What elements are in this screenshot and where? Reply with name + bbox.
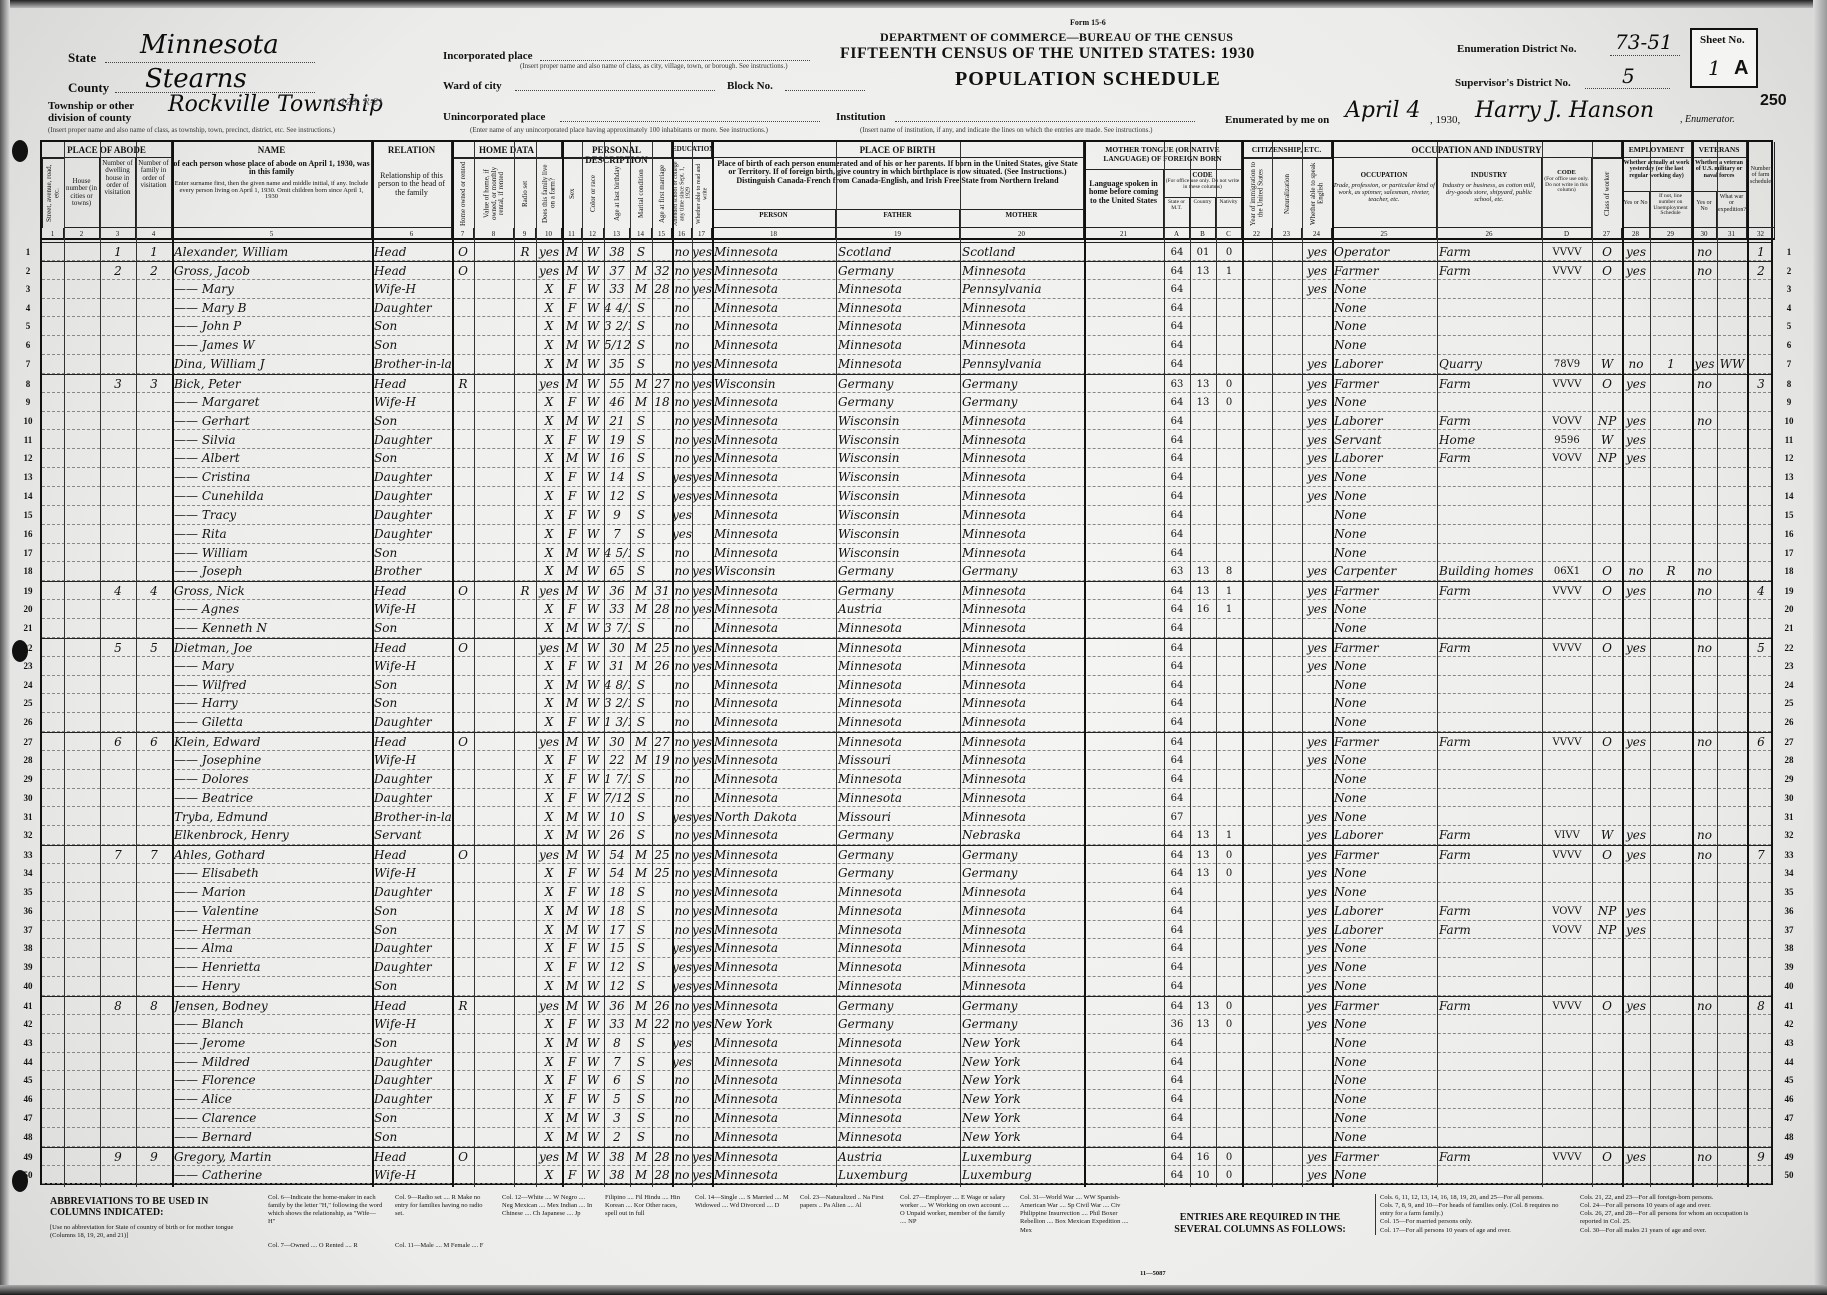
- cell-rw: yes: [692, 921, 712, 939]
- cell-vet: [1692, 317, 1717, 335]
- cell-rw: [692, 336, 712, 354]
- cell-cA: 64: [1164, 431, 1190, 449]
- col-naturalization: Naturalization: [1272, 158, 1302, 228]
- col-name-desc: of each person whose place of abode on A…: [173, 160, 370, 177]
- cell-sch: no: [672, 1071, 692, 1089]
- cell-age: 26: [604, 826, 630, 844]
- cell-agem: 28: [652, 600, 672, 618]
- cell-fam: [136, 808, 172, 826]
- table-row: 40—— HenrySonXMW12SyesyesMinnesotaMinnes…: [42, 977, 1771, 996]
- grid-column-line: [1190, 142, 1191, 1187]
- cell-radio: [514, 544, 536, 562]
- cell-work: [1622, 1071, 1650, 1089]
- cell-rel: Daughter: [372, 1053, 452, 1071]
- cell-mpob: Minnesota: [960, 600, 1084, 618]
- cell-eng: [1302, 694, 1332, 712]
- cell-pob: Minnesota: [712, 487, 836, 505]
- cell-cD: VVVV: [1542, 1148, 1592, 1165]
- cell-eng: yes: [1302, 639, 1332, 656]
- cell-vet: yes: [1692, 355, 1717, 373]
- req-6: Col. 24—For all persons 10 years of age …: [1580, 1202, 1770, 1210]
- cell-radio: [514, 770, 536, 788]
- cell-farm: X: [536, 1053, 562, 1071]
- cell-pob: Minnesota: [712, 449, 836, 467]
- cell-sch: no: [672, 280, 692, 298]
- cell-mar: S: [630, 789, 652, 807]
- abbr-col27: Col. 27—Employer .... E Wage or salary w…: [900, 1194, 1010, 1227]
- cell-cD: 9596: [1542, 431, 1592, 449]
- cell-cA: 64: [1164, 1053, 1190, 1071]
- cell-work: [1622, 864, 1650, 882]
- cell-pob: Minnesota: [712, 431, 836, 449]
- cell-race: W: [582, 676, 604, 694]
- cell-rel: Son: [372, 1034, 452, 1052]
- cell-sex: F: [562, 525, 582, 543]
- cell-dw: [100, 412, 136, 430]
- cell-rel: Brother: [372, 562, 452, 580]
- cell-rw: [692, 713, 712, 731]
- line-number-right: 2: [1775, 262, 1801, 279]
- cell-mar: M: [630, 600, 652, 618]
- cell-unemp: [1650, 393, 1692, 411]
- line-number: 22: [14, 639, 40, 656]
- cell-cA: 64: [1164, 751, 1190, 769]
- cell-sch: no: [672, 375, 692, 392]
- cell-rw: yes: [692, 997, 712, 1014]
- col-class-of-worker: Class of worker: [1592, 158, 1622, 228]
- cell-fpob: Missouri: [836, 808, 960, 826]
- cell-rel: Daughter: [372, 525, 452, 543]
- cell-cls: NP: [1592, 902, 1622, 920]
- cell-war: [1717, 1053, 1747, 1071]
- cell-age: 18: [604, 902, 630, 920]
- cell-cls: [1592, 1015, 1622, 1033]
- cell-unemp: [1650, 1166, 1692, 1184]
- cell-sch: no: [672, 1128, 692, 1146]
- cell-rw: yes: [692, 468, 712, 486]
- cell-mpob: New York: [960, 1128, 1084, 1146]
- col-person-birth: PERSON: [712, 210, 836, 228]
- column-number: 4: [136, 228, 172, 240]
- cell-agem: [652, 826, 672, 844]
- cell-radio: [514, 299, 536, 317]
- cell-name: Gross, Nick: [172, 582, 372, 599]
- cell-vet: no: [1692, 997, 1717, 1014]
- cell-mpob: Minnesota: [960, 676, 1084, 694]
- cell-mar: S: [630, 562, 652, 580]
- cell-ind: [1437, 676, 1542, 694]
- cell-unemp: [1650, 864, 1692, 882]
- cell-farmno: [1747, 864, 1775, 882]
- cell-pob: Minnesota: [712, 864, 836, 882]
- req-4: Col. 17—For all persons 10 years of age …: [1380, 1227, 1565, 1235]
- cell-eng: yes: [1302, 977, 1332, 995]
- abbr-col14: Col. 14—Single .... S Married .... M Wid…: [695, 1194, 790, 1210]
- cell-mar: S: [630, 449, 652, 467]
- col-occupation-sub: Trade, profession, or particular kind of…: [1333, 183, 1435, 203]
- cell-cD: [1542, 676, 1592, 694]
- cell-cB: [1190, 789, 1216, 807]
- cell-mpob: Pennsylvania: [960, 355, 1084, 373]
- cell-rel: Son: [372, 412, 452, 430]
- veteran-description: Whether a veteran of U.S. military or na…: [1692, 158, 1747, 192]
- cell-eng: [1302, 1109, 1332, 1127]
- cell-cD: VOVV: [1542, 449, 1592, 467]
- abbr-col23: Col. 23—Naturalized .. Na First papers .…: [800, 1194, 900, 1210]
- cell-fpob: Minnesota: [836, 977, 960, 995]
- cell-cC: [1216, 958, 1242, 976]
- cell-fpob: Wisconsin: [836, 544, 960, 562]
- cell-cB: [1190, 525, 1216, 543]
- cell-cB: [1190, 770, 1216, 788]
- column-number: 27: [1592, 228, 1622, 240]
- cell-war: [1717, 317, 1747, 335]
- cell-mar: S: [630, 902, 652, 920]
- cell-cB: [1190, 694, 1216, 712]
- cell-rw: [692, 1053, 712, 1071]
- cell-rw: yes: [692, 808, 712, 826]
- cell-own: [452, 1166, 474, 1184]
- cell-age: 36: [604, 997, 630, 1014]
- cell-farm: X: [536, 562, 562, 580]
- cell-rw: yes: [692, 262, 712, 279]
- cell-fam: 5: [136, 639, 172, 656]
- cell-own: [452, 770, 474, 788]
- cell-rw: [692, 694, 712, 712]
- cell-cA: 64: [1164, 468, 1190, 486]
- cell-unemp: [1650, 1015, 1692, 1033]
- group-relation: RELATION: [372, 142, 452, 158]
- cell-agem: [652, 317, 672, 335]
- cell-own: [452, 958, 474, 976]
- col-relationship: Relationship of this person to the head …: [372, 158, 452, 228]
- cell-sch: no: [672, 544, 692, 562]
- cell-fam: [136, 751, 172, 769]
- cell-fam: [136, 506, 172, 524]
- cell-sex: M: [562, 1128, 582, 1146]
- cell-vet: [1692, 525, 1717, 543]
- cell-race: W: [582, 393, 604, 411]
- cell-unemp: [1650, 977, 1692, 995]
- cell-occ: Laborer: [1332, 355, 1437, 373]
- cell-age: 36: [604, 582, 630, 599]
- cell-fpob: Minnesota: [836, 676, 960, 694]
- cell-cC: [1216, 1034, 1242, 1052]
- requirements-title: ENTRIES ARE REQUIRED IN THE SEVERAL COLU…: [1160, 1212, 1360, 1235]
- cell-age: 55: [604, 375, 630, 392]
- line-number: 20: [14, 600, 40, 618]
- cell-race: W: [582, 713, 604, 731]
- cell-rel: Son: [372, 1128, 452, 1146]
- cell-race: W: [582, 336, 604, 354]
- group-name: NAME: [172, 142, 372, 158]
- cell-age: 7: [604, 525, 630, 543]
- cell-farm: X: [536, 280, 562, 298]
- cell-cB: [1190, 1090, 1216, 1108]
- cell-ind: [1437, 600, 1542, 618]
- cell-radio: [514, 1109, 536, 1127]
- cell-farmno: [1747, 1166, 1775, 1184]
- cell-cC: [1216, 770, 1242, 788]
- incorporated-line: [540, 60, 810, 61]
- cell-mpob: Minnesota: [960, 958, 1084, 976]
- cell-rel: Son: [372, 1109, 452, 1127]
- col-home-owned: Home owned or rented: [452, 158, 474, 228]
- cell-mpob: Minnesota: [960, 751, 1084, 769]
- cell-pob: Minnesota: [712, 694, 836, 712]
- cell-age: 1 3/12: [604, 713, 630, 731]
- cell-fam: [136, 431, 172, 449]
- cell-rel: Son: [372, 902, 452, 920]
- cell-name: —— Florence: [172, 1071, 372, 1089]
- cell-cA: 64: [1164, 1090, 1190, 1108]
- cell-ind: [1437, 1166, 1542, 1184]
- cell-agem: 28: [652, 1148, 672, 1165]
- cell-race: W: [582, 449, 604, 467]
- cell-agem: 28: [652, 280, 672, 298]
- table-row: 11—— SilviaDaughterXFW19SnoyesMinnesotaW…: [42, 431, 1771, 450]
- cell-cD: [1542, 1090, 1592, 1108]
- cell-ind: [1437, 1071, 1542, 1089]
- cell-unemp: [1650, 1148, 1692, 1165]
- cell-mar: M: [630, 393, 652, 411]
- cell-cC: [1216, 676, 1242, 694]
- cell-age: 18: [604, 883, 630, 901]
- cell-sex: F: [562, 1090, 582, 1108]
- cell-cB: [1190, 977, 1216, 995]
- cell-sch: no: [672, 449, 692, 467]
- grid-column-line: [1437, 142, 1438, 1187]
- cell-fpob: Germany: [836, 1015, 960, 1033]
- col-veteran: Yes or No: [1692, 192, 1717, 228]
- line-number-right: 11: [1775, 431, 1801, 449]
- cell-farmno: [1747, 1109, 1775, 1127]
- cell-farm: X: [536, 299, 562, 317]
- cell-vet: [1692, 1109, 1717, 1127]
- cell-cD: [1542, 468, 1592, 486]
- cell-occ: None: [1332, 299, 1437, 317]
- cell-farmno: [1747, 789, 1775, 807]
- line-number: 46: [14, 1090, 40, 1108]
- cell-eng: yes: [1302, 657, 1332, 675]
- cell-sch: no: [672, 789, 692, 807]
- cell-unemp: [1650, 431, 1692, 449]
- cell-fpob: Minnesota: [836, 1053, 960, 1071]
- cell-own: [452, 431, 474, 449]
- cell-dw: [100, 770, 136, 788]
- cell-cB: [1190, 921, 1216, 939]
- cell-farm: X: [536, 468, 562, 486]
- cell-mar: S: [630, 299, 652, 317]
- line-number-right: 45: [1775, 1071, 1801, 1089]
- cell-farm: X: [536, 355, 562, 373]
- cell-rw: [692, 1034, 712, 1052]
- line-number: 40: [14, 977, 40, 995]
- cell-work: [1622, 544, 1650, 562]
- cell-own: O: [452, 733, 474, 750]
- line-number-right: 8: [1775, 375, 1801, 392]
- cell-farmno: 5: [1747, 639, 1775, 656]
- cell-age: 17: [604, 921, 630, 939]
- ward-line: [515, 90, 715, 91]
- cell-cA: 64: [1164, 280, 1190, 298]
- cell-rw: yes: [692, 751, 712, 769]
- cell-eng: yes: [1302, 733, 1332, 750]
- cell-name: Gregory, Martin: [172, 1148, 372, 1165]
- cell-name: —— James W: [172, 336, 372, 354]
- grid-column-line: [1717, 142, 1718, 1187]
- cell-cB: 13: [1190, 562, 1216, 580]
- cell-own: [452, 921, 474, 939]
- cell-sch: yes: [672, 506, 692, 524]
- cell-work: yes: [1622, 826, 1650, 844]
- cell-pob: Minnesota: [712, 336, 836, 354]
- cell-work: [1622, 468, 1650, 486]
- cell-sex: F: [562, 431, 582, 449]
- enumerator-name: Harry J. Hanson: [1475, 98, 1654, 123]
- cell-own: [452, 468, 474, 486]
- cell-radio: [514, 375, 536, 392]
- cell-unemp: R: [1650, 562, 1692, 580]
- cell-own: [452, 902, 474, 920]
- cell-cls: [1592, 808, 1622, 826]
- cell-farmno: [1747, 1053, 1775, 1071]
- cell-age: 33: [604, 1015, 630, 1033]
- cell-farmno: [1747, 600, 1775, 618]
- cell-rw: yes: [692, 1166, 712, 1184]
- cell-ind: [1437, 1053, 1542, 1071]
- cell-cls: [1592, 506, 1622, 524]
- cell-radio: [514, 639, 536, 656]
- cell-work: [1622, 1015, 1650, 1033]
- cell-sch: yes: [672, 1034, 692, 1052]
- cell-work: [1622, 393, 1650, 411]
- cell-vet: [1692, 1090, 1717, 1108]
- col-industry-sub: Industry or business, as cotton mill, dr…: [1438, 183, 1540, 203]
- cell-radio: [514, 487, 536, 505]
- cell-cA: 64: [1164, 977, 1190, 995]
- cell-race: W: [582, 921, 604, 939]
- cell-cD: VVVV: [1542, 846, 1592, 863]
- cell-work: yes: [1622, 921, 1650, 939]
- cell-sex: F: [562, 770, 582, 788]
- cell-cB: [1190, 939, 1216, 957]
- cell-occ: Laborer: [1332, 921, 1437, 939]
- cell-ind: Farm: [1437, 449, 1542, 467]
- cell-radio: [514, 694, 536, 712]
- cell-mpob: Minnesota: [960, 619, 1084, 637]
- cell-race: W: [582, 582, 604, 599]
- cell-farmno: [1747, 619, 1775, 637]
- cell-name: —— Josephine: [172, 751, 372, 769]
- cell-race: W: [582, 789, 604, 807]
- line-number-right: 42: [1775, 1015, 1801, 1033]
- table-row: 39—— HenriettaDaughterXFW12SyesyesMinnes…: [42, 958, 1771, 977]
- cell-vet: [1692, 299, 1717, 317]
- cell-vet: [1692, 958, 1717, 976]
- cell-sex: M: [562, 921, 582, 939]
- cell-age: 14: [604, 468, 630, 486]
- cell-fpob: Minnesota: [836, 939, 960, 957]
- cell-name: —— Mary B: [172, 299, 372, 317]
- column-number: 3: [100, 228, 136, 240]
- cell-farm: X: [536, 826, 562, 844]
- cell-sch: no: [672, 431, 692, 449]
- cell-own: O: [452, 243, 474, 260]
- township-note: (1-123, R-2): [328, 98, 382, 108]
- cell-work: yes: [1622, 243, 1650, 260]
- col-industry: INDUSTRY Industry or business, as cotton…: [1437, 158, 1542, 228]
- county-label: County: [68, 80, 109, 96]
- cell-war: [1717, 431, 1747, 449]
- cell-own: [452, 1128, 474, 1146]
- cell-eng: [1302, 525, 1332, 543]
- cell-occ: None: [1332, 1053, 1437, 1071]
- cell-unemp: [1650, 1090, 1692, 1108]
- req-1: Cols. 6, 11, 12, 13, 14, 16, 18, 19, 20,…: [1380, 1194, 1565, 1202]
- cell-agem: [652, 412, 672, 430]
- line-number-right: 38: [1775, 939, 1801, 957]
- cell-fpob: Minnesota: [836, 299, 960, 317]
- col-farm-schedule: Number of farm schedule: [1747, 142, 1775, 228]
- cell-cC: [1216, 921, 1242, 939]
- cell-work: yes: [1622, 846, 1650, 863]
- cell-cls: [1592, 770, 1622, 788]
- cell-cD: [1542, 299, 1592, 317]
- cell-eng: yes: [1302, 487, 1332, 505]
- cell-sch: no: [672, 1166, 692, 1184]
- cell-vet: [1692, 770, 1717, 788]
- cell-rel: Wife-H: [372, 600, 452, 618]
- cell-fam: [136, 770, 172, 788]
- cell-war: [1717, 262, 1747, 279]
- cell-unemp: [1650, 262, 1692, 279]
- column-number: 1: [42, 228, 64, 240]
- cell-ind: [1437, 751, 1542, 769]
- cell-name: Klein, Edward: [172, 733, 372, 750]
- cell-work: [1622, 751, 1650, 769]
- cell-ind: [1437, 544, 1542, 562]
- cell-cD: [1542, 1166, 1592, 1184]
- abbr-col31: Col. 31—World War .... WW Spanish-Americ…: [1020, 1194, 1130, 1235]
- cell-dw: 3: [100, 375, 136, 392]
- cell-rel: Daughter: [372, 883, 452, 901]
- code-header: CODE (For office use only. Do not write …: [1164, 170, 1242, 198]
- cell-sex: M: [562, 997, 582, 1014]
- cell-farm: X: [536, 1015, 562, 1033]
- line-number: 11: [14, 431, 40, 449]
- cell-sex: M: [562, 1034, 582, 1052]
- cell-farmno: [1747, 562, 1775, 580]
- cell-fpob: Minnesota: [836, 713, 960, 731]
- req-2: Cols. 7, 8, 9, and 10—For heads of famil…: [1380, 1202, 1565, 1218]
- cell-radio: [514, 864, 536, 882]
- cell-cls: [1592, 544, 1622, 562]
- cell-race: W: [582, 468, 604, 486]
- cell-name: —— Blanch: [172, 1015, 372, 1033]
- cell-war: WW: [1717, 355, 1747, 373]
- cell-vet: [1692, 713, 1717, 731]
- cell-cB: 13: [1190, 582, 1216, 599]
- cell-cA: 64: [1164, 733, 1190, 750]
- table-row: 28—— JosephineWife-HXFW22M19noyesMinneso…: [42, 751, 1771, 770]
- cell-age: 1 7/12: [604, 770, 630, 788]
- cell-fpob: Minnesota: [836, 280, 960, 298]
- cell-agem: 19: [652, 751, 672, 769]
- cell-cD: [1542, 883, 1592, 901]
- cell-agem: [652, 562, 672, 580]
- cell-occ: None: [1332, 600, 1437, 618]
